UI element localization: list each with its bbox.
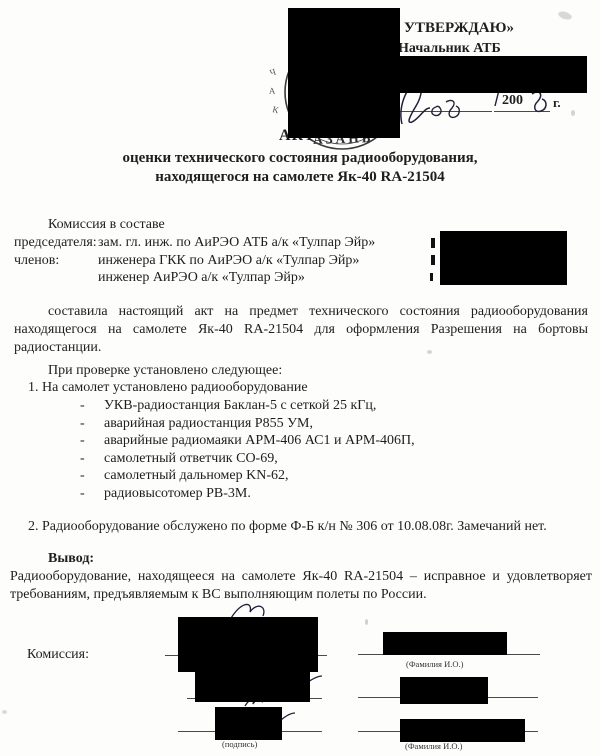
equipment-item: аварийная радиостанция Р855 УМ, xyxy=(104,416,313,432)
redaction-box xyxy=(215,707,282,740)
paragraph-line: радиостанции. xyxy=(14,340,101,356)
signature-caption: (подпись) xyxy=(222,739,257,749)
paragraph-line: находящегося на самолете Як-40 RA-21504 … xyxy=(14,322,588,339)
equipment-item: УКВ-радиостанция Баклан-5 с сеткой 25 кГ… xyxy=(104,398,376,414)
list-marker: - xyxy=(80,433,85,449)
conclusion-line: Радиооборудование, находящееся на самоле… xyxy=(10,569,592,586)
redaction-box xyxy=(380,56,587,93)
redacted-name-stub xyxy=(431,238,435,248)
stamp-arc-letter: К xyxy=(272,104,281,115)
check-intro: При проверке установлено следующее: xyxy=(48,363,282,379)
redacted-name-stub xyxy=(430,273,433,281)
commission-signatures-label: Комиссия: xyxy=(27,647,89,663)
equipment-item: самолетный ответчик СО-69, xyxy=(104,451,278,467)
list-marker: - xyxy=(80,468,85,484)
list-marker: - xyxy=(80,486,85,502)
equipment-item: аварийные радиомаяки АРМ-406 АС1 и АРМ-4… xyxy=(104,433,415,449)
list-marker: - xyxy=(80,398,85,414)
redaction-box xyxy=(383,632,507,655)
scan-smudge xyxy=(571,110,575,116)
redaction-box xyxy=(178,617,318,672)
list-item-1-header: 1. На самолет установлено радиооборудова… xyxy=(28,380,308,396)
list-item-2: 2. Радиооборудование обслужено по форме … xyxy=(28,519,547,535)
commission-role: председателя: xyxy=(14,235,97,251)
commission-text: зам. гл. инж. по АиРЭО АТБ а/к «Тулпар Э… xyxy=(98,235,375,251)
equipment-item: радиовысотомер РВ-3М. xyxy=(104,486,251,502)
stamp-arc-letter: А xyxy=(268,86,276,96)
name-caption: (Фамилия И.О.) xyxy=(406,659,463,669)
scan-smudge xyxy=(557,10,572,21)
scan-smudge xyxy=(427,350,432,354)
name-caption: (Фамилия И.О.) xyxy=(405,741,462,751)
scan-smudge xyxy=(2,710,7,714)
commission-text: инженер АиРЭО а/к «Тулпар Эйр» xyxy=(98,270,305,286)
list-marker: - xyxy=(80,416,85,432)
commission-text: инженера ГКК по АиРЭО а/к «Тулпар Эйр» xyxy=(98,253,359,269)
redaction-box xyxy=(195,670,310,702)
equipment-item: самолетный дальномер KN-62, xyxy=(104,468,289,484)
paragraph-line: составила настоящий акт на предмет техни… xyxy=(48,304,588,321)
list-marker: - xyxy=(80,451,85,467)
redacted-name-stub xyxy=(431,255,435,265)
redaction-box xyxy=(440,231,567,285)
scanned-act-document: УТВЕРЖДАЮ» Начальник АТБ 200 г. Ч А К АК… xyxy=(0,0,600,756)
commission-role: членов: xyxy=(14,253,59,269)
redaction-box xyxy=(400,677,488,704)
year-suffix: г. xyxy=(553,95,561,111)
conclusion-label: Вывод: xyxy=(48,551,94,567)
doc-title-line2: находящегося на самолете Як-40 RA-21504 xyxy=(0,169,600,186)
stamp-arc-letter: Ч xyxy=(269,67,278,78)
commission-intro: Комиссия в составе xyxy=(48,217,165,233)
redaction-box xyxy=(400,719,525,742)
